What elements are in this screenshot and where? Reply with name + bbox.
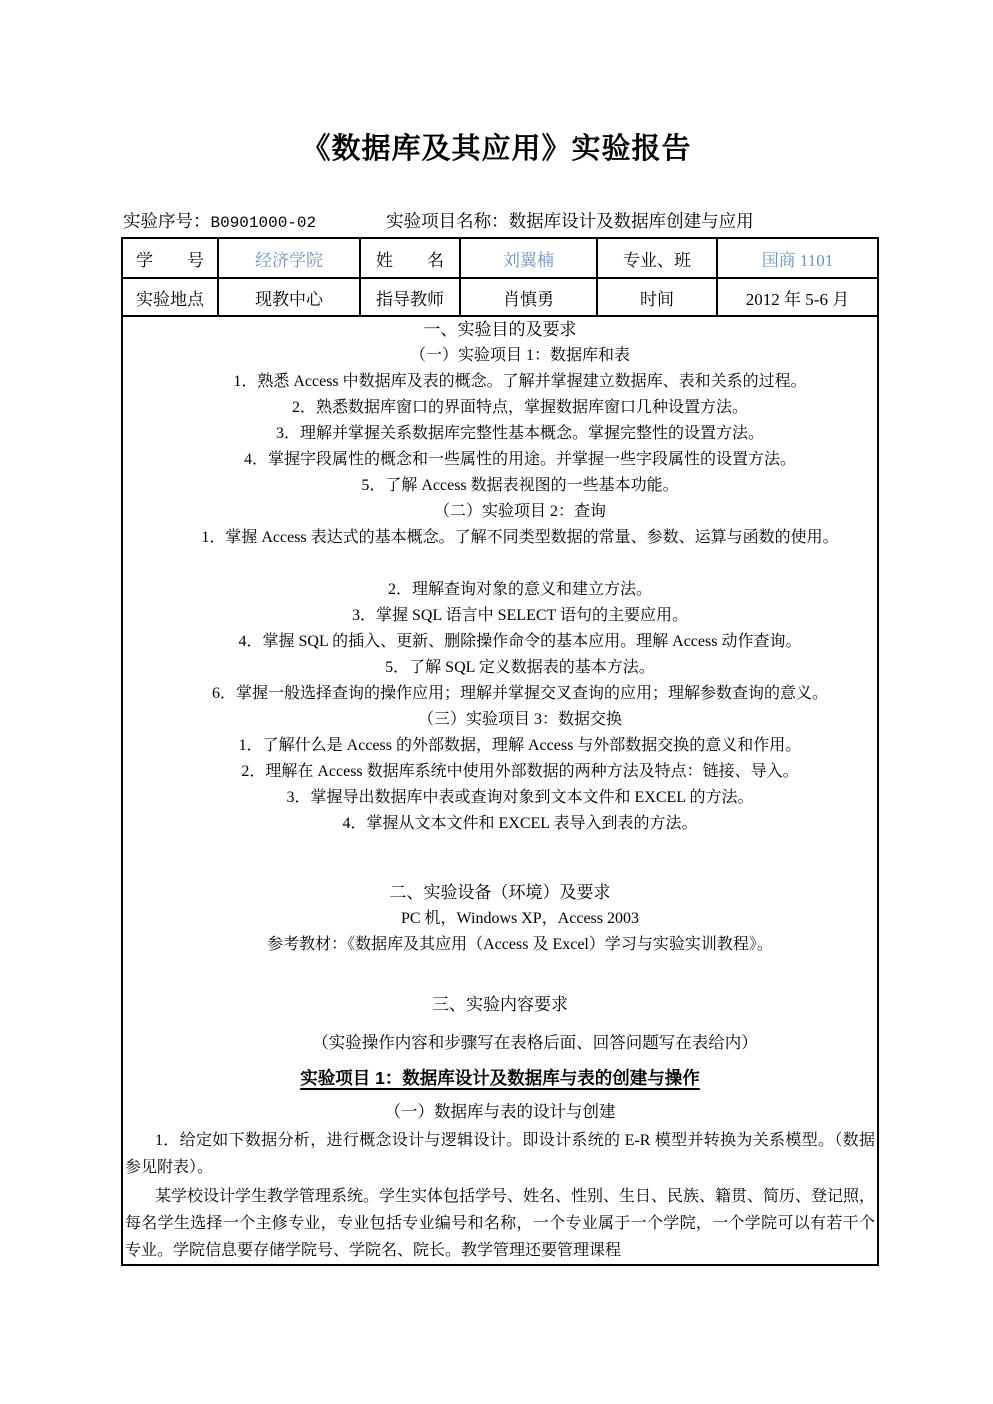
time-label: 时间 [597, 278, 717, 316]
name-value: 刘翼楠 [460, 238, 597, 278]
section2-heading: 二、实验设备（环境）及要求 [125, 880, 875, 906]
student-id-label: 学 号 [122, 238, 218, 278]
purpose-item: 3．理解并掌握关系数据库完整性基本概念。掌握完整性的设置方法。 [125, 421, 875, 447]
exchange-item: 2．理解在 Access 数据库系统中使用外部数据的两种方法及特点：链接、导入。 [125, 759, 875, 785]
content-row: 一、实验目的及要求 （一）实验项目 1：数据库和表 1．熟悉 Access 中数… [122, 316, 878, 1265]
section1-sub2-heading: （二）实验项目 2：查询 [125, 499, 875, 525]
query-item: 6．掌握一般选择查询的操作应用；理解并掌握交叉查询的应用；理解参数查询的意义。 [125, 681, 875, 707]
query-item: 1．掌握 Access 表达式的基本概念。了解不同类型数据的常量、参数、运算与函… [125, 525, 875, 551]
query-item: 5．了解 SQL 定义数据表的基本方法。 [125, 655, 875, 681]
serial-label: 实验序号： [123, 211, 211, 231]
exchange-item: 1．了解什么是 Access 的外部数据，理解 Access 与外部数据交换的意… [125, 733, 875, 759]
report-page: 《数据库及其应用》实验报告 实验序号：B0901000-02实验项目名称：数据库… [0, 0, 993, 1404]
purpose-item: 2．熟悉数据库窗口的界面特点，掌握数据库窗口几种设置方法。 [125, 395, 875, 421]
serial-value: B0901000-02 [211, 214, 317, 232]
report-body-cell: 一、实验目的及要求 （一）实验项目 1：数据库和表 1．熟悉 Access 中数… [122, 316, 878, 1265]
system-description-paragraph: 某学校设计学生教学管理系统。学生实体包括学号、姓名、性别、生日、民族、籍贯、简历… [125, 1183, 875, 1264]
instructor-value: 肖慎勇 [460, 278, 597, 316]
design-create-subheading: （一）数据库与表的设计与创建 [125, 1099, 875, 1125]
project-name-label: 实验项目名称： [386, 211, 509, 231]
student-id-value: 经济学院 [218, 238, 360, 278]
blank-line [125, 551, 875, 577]
exchange-item: 4．掌握从文本文件和 EXCEL 表导入到表的方法。 [125, 811, 875, 837]
info-row-1: 学 号 经济学院 姓 名 刘翼楠 专业、班 国商 1101 [122, 238, 878, 278]
time-value: 2012 年 5-6 月 [717, 278, 878, 316]
report-info-table: 学 号 经济学院 姓 名 刘翼楠 专业、班 国商 1101 实验地点 现教中心 … [121, 237, 879, 1266]
equipment-line: PC 机，Windows XP，Access 2003 [125, 906, 875, 932]
project-name-value: 数据库设计及数据库创建与应用 [509, 211, 754, 231]
textbook-line: 参考教材：《数据库及其应用（Access 及 Excel）学习与实验实训教程》。 [125, 932, 875, 958]
location-value: 现教中心 [218, 278, 360, 316]
section1-sub1-heading: （一）实验项目 1：数据库和表 [125, 343, 875, 369]
instruction-note: （实验操作内容和步骤写在表格后面、回答问题写在表给内） [125, 1030, 875, 1056]
name-label: 姓 名 [360, 238, 460, 278]
location-label: 实验地点 [122, 278, 218, 316]
experiment-project1-heading: 实验项目 1：数据库设计及数据库与表的创建与操作 [125, 1065, 875, 1091]
major-class-label: 专业、班 [597, 238, 717, 278]
section1-heading: 一、实验目的及要求 [125, 317, 875, 343]
query-item: 3．掌握 SQL 语言中 SELECT 语句的主要应用。 [125, 603, 875, 629]
query-item: 2．理解查询对象的意义和建立方法。 [125, 577, 875, 603]
query-item: 4．掌握 SQL 的插入、更新、删除操作命令的基本应用。理解 Access 动作… [125, 629, 875, 655]
instructor-label: 指导教师 [360, 278, 460, 316]
info-row-2: 实验地点 现教中心 指导教师 肖慎勇 时间 2012 年 5-6 月 [122, 278, 878, 316]
meta-line: 实验序号：B0901000-02实验项目名称：数据库设计及数据库创建与应用 [123, 208, 883, 233]
section3-heading: 三、实验内容要求 [125, 992, 875, 1018]
purpose-item: 5．了解 Access 数据表视图的一些基本功能。 [125, 473, 875, 499]
major-class-value: 国商 1101 [717, 238, 878, 278]
purpose-item: 1．熟悉 Access 中数据库及表的概念。了解并掌握建立数据库、表和关系的过程… [125, 369, 875, 395]
purpose-item: 4．掌握字段属性的概念和一些属性的用途。并掌握一些字段属性的设置方法。 [125, 447, 875, 473]
section1-sub3-heading: （三）实验项目 3：数据交换 [125, 707, 875, 733]
document-title: 《数据库及其应用》实验报告 [0, 126, 993, 167]
exchange-item: 3．掌握导出数据库中表或查询对象到文本文件和 EXCEL 的方法。 [125, 785, 875, 811]
design-task-paragraph: 1．给定如下数据分析，进行概念设计与逻辑设计。即设计系统的 E-R 模型并转换为… [125, 1127, 875, 1181]
